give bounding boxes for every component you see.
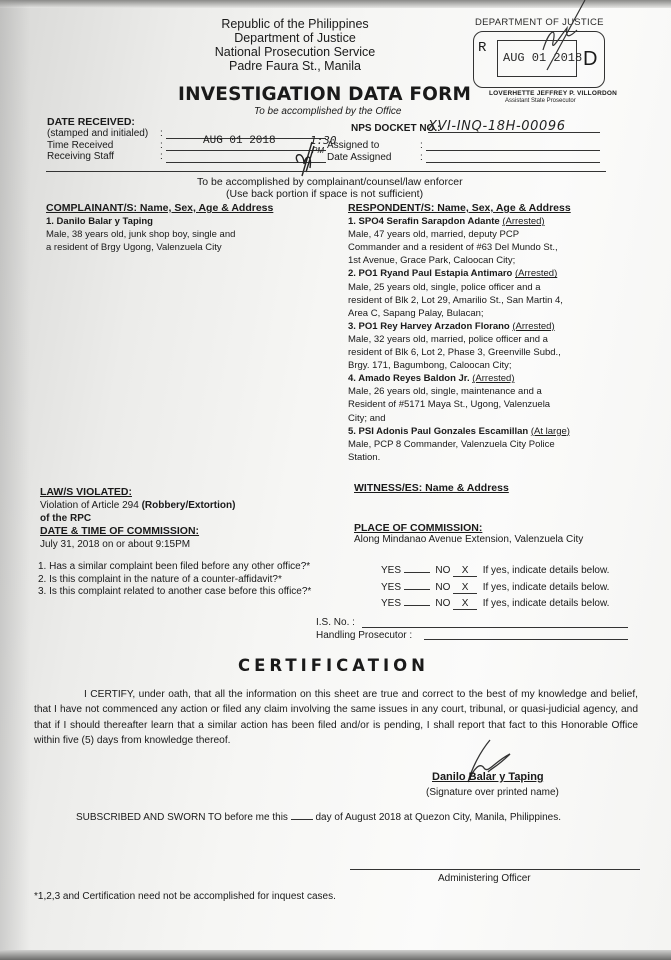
no-answer-field[interactable]: X	[453, 598, 477, 610]
yes-label: YES	[381, 582, 404, 593]
assignment-labels: Assigned to Date Assigned	[327, 140, 392, 163]
complainant-note: To be accomplished by complainant/counse…	[197, 176, 463, 188]
respondent-detail: Commander and a resident of #63 Del Mund…	[348, 241, 648, 254]
stamped-initialed-label: (stamped and initialed)	[47, 128, 148, 140]
yes-answer-field[interactable]	[404, 594, 430, 606]
no-label: NO	[430, 598, 453, 609]
assigned-to-label: Assigned to	[327, 140, 392, 152]
is-no-label: I.S. No. :	[316, 617, 355, 628]
handling-prosecutor-field[interactable]	[424, 629, 628, 640]
page-shadow	[0, 0, 30, 960]
respondent-status: (Arrested)	[515, 268, 557, 279]
letterhead-line: Republic of the Philippines	[200, 17, 390, 31]
yes-no-row: YES NO X If yes, indicate details below.	[381, 578, 609, 595]
assigned-to-field[interactable]	[426, 140, 600, 151]
law-offense: (Robbery/Extortion)	[142, 500, 236, 511]
page-bottom-edge	[0, 950, 671, 960]
law-violated-text: Violation of Article 294 (Robbery/Extort…	[40, 499, 340, 512]
complainant-detail: Male, 38 years old, junk shop boy, singl…	[46, 228, 336, 241]
law-violated-suffix: of the RPC	[40, 512, 340, 525]
date-assigned-label: Date Assigned	[327, 152, 392, 164]
sworn-suffix: day of August 2018 at Quezon City, Manil…	[315, 812, 561, 823]
time-received-stamp-value: AUG 01 2018	[203, 135, 276, 147]
place-of-commission-section: PLACE OF COMMISSION: Along Mindanao Aven…	[354, 522, 654, 545]
stamp-position: Assistant State Prosecutor	[505, 98, 576, 104]
respondent-name: 4. Amado Reyes Baldon Jr. (Arrested)	[348, 372, 648, 385]
questions-list: 1. Has a similar complaint been filed be…	[38, 561, 311, 599]
question-3: 3. Is this complaint related to another …	[38, 586, 311, 599]
answer-note: If yes, indicate details below.	[477, 582, 609, 593]
respondent-detail: Brgy. 171, Bagumbong, Caloocan City;	[348, 359, 648, 372]
complainants-heading: COMPLAINANT/S: Name, Sex, Age & Address	[46, 202, 336, 215]
respondent-detail: Resident of #5171 Maya St., Ugong, Valen…	[348, 398, 648, 411]
respondent-detail: Male, 47 years old, married, deputy PCP	[348, 228, 648, 241]
respondent-detail: Area C, Sapang Palay, Bulacan;	[348, 307, 648, 320]
administering-officer-signature-line[interactable]	[350, 869, 640, 870]
sworn-prefix: SUBSCRIBED AND SWORN TO before me this	[76, 812, 288, 823]
letterhead-line: National Prosecution Service	[200, 45, 390, 59]
respondents-list: 1. SPO4 Serafin Sarapdon Adante (Arreste…	[348, 215, 648, 464]
assign-colons: ::	[420, 140, 423, 163]
law-violated-heading: LAW/S VIOLATED:	[40, 486, 340, 499]
is-no-field[interactable]	[362, 617, 628, 628]
letterhead-line: Padre Faura St., Manila	[200, 59, 390, 73]
respondent-detail: City; and	[348, 412, 648, 425]
colons: :::	[160, 128, 163, 163]
witnesses-heading: WITNESS/ES: Name & Address	[354, 482, 509, 494]
date-commission-heading: DATE & TIME OF COMMISSION:	[40, 525, 340, 538]
no-answer-field[interactable]: X	[453, 582, 477, 594]
answer-note: If yes, indicate details below.	[477, 565, 609, 576]
yes-label: YES	[381, 598, 404, 609]
yes-answer-field[interactable]	[404, 578, 430, 590]
yes-no-row: YES NO X If yes, indicate details below.	[381, 561, 609, 578]
docket-field-line	[428, 122, 600, 133]
yes-no-row: YES NO X If yes, indicate details below.	[381, 594, 609, 611]
law-violated-section: LAW/S VIOLATED: Violation of Article 294…	[40, 486, 340, 551]
stamp-officer: LOVERHETTE JEFFREY P. VILLORDON	[489, 90, 617, 97]
answer-note: If yes, indicate details below.	[477, 598, 609, 609]
office-rows-labels: (stamped and initialed) Time Received Re…	[47, 128, 148, 163]
respondent-status: (Arrested)	[502, 216, 544, 227]
respondent-detail: resident of Blk 6, Lot 2, Phase 3, Green…	[348, 346, 648, 359]
respondent-detail: 1st Avenue, Grace Park, Caloocan City;	[348, 254, 648, 267]
handling-prosecutor-label: Handling Prosecutor :	[316, 630, 412, 641]
date-assigned-field[interactable]	[426, 152, 600, 163]
respondent-name: 3. PO1 Rey Harvey Arzadon Florano (Arres…	[348, 320, 648, 333]
respondent-name: 2. PO1 Ryand Paul Estapia Antimaro (Arre…	[348, 267, 648, 280]
received-stamp: DEPARTMENT OF JUSTICE R D AUG 01 2018 LO…	[447, 14, 627, 102]
letterhead-line: Department of Justice	[200, 31, 390, 45]
certification-title: CERTIFICATION	[238, 656, 429, 675]
form-title: INVESTIGATION DATA FORM	[178, 84, 471, 105]
letterhead: Republic of the Philippines Department o…	[200, 17, 390, 73]
section-divider	[46, 171, 606, 172]
initials-signature-icon	[507, 0, 587, 85]
no-label: NO	[430, 565, 453, 576]
back-portion-note: (Use back portion if space is not suffic…	[226, 188, 423, 200]
respondent-status: (At large)	[531, 426, 570, 437]
signer-caption: (Signature over printed name)	[426, 787, 559, 798]
handling-prosecutor-row: Handling Prosecutor :	[316, 630, 412, 643]
place-commission-heading: PLACE OF COMMISSION:	[354, 522, 654, 534]
respondents-section: RESPONDENT/S: Name, Sex, Age & Address 1…	[348, 202, 648, 464]
law-text: Violation of Article 294	[40, 500, 139, 511]
sworn-statement: SUBSCRIBED AND SWORN TO before me this d…	[76, 812, 561, 823]
respondent-detail: Male, 25 years old, single, police offic…	[348, 281, 648, 294]
respondent-status: (Arrested)	[512, 321, 554, 332]
respondent-detail: resident of Blk 2, Lot 29, Amarilio St.,…	[348, 294, 648, 307]
date-commission-value: July 31, 2018 on or about 9:15PM	[40, 538, 340, 551]
respondent-detail: Station.	[348, 451, 648, 464]
staff-initial-signature-icon	[290, 140, 330, 180]
footnote: *1,2,3 and Certification need not be acc…	[34, 891, 336, 902]
yes-label: YES	[381, 565, 404, 576]
sworn-day-field[interactable]	[291, 819, 313, 820]
complainant-detail: a resident of Brgy Ugong, Valenzuela Cit…	[46, 241, 336, 254]
administering-officer-label: Administering Officer	[438, 873, 531, 884]
date-received-label: DATE RECEIVED:	[47, 116, 135, 128]
respondent-name: 1. SPO4 Serafin Sarapdon Adante (Arreste…	[348, 215, 648, 228]
certification-body: I CERTIFY, under oath, that all the info…	[34, 687, 638, 748]
place-commission-value: Along Mindanao Avenue Extension, Valenzu…	[354, 534, 654, 545]
yes-answer-field[interactable]	[404, 561, 430, 573]
time-received-label: Time Received	[47, 140, 148, 152]
respondents-heading: RESPONDENT/S: Name, Sex, Age & Address	[348, 202, 648, 215]
respondent-detail: Male, 32 years old, married, police offi…	[348, 333, 648, 346]
complainants-section: COMPLAINANT/S: Name, Sex, Age & Address …	[46, 202, 336, 254]
complainant-name: 1. Danilo Balar y Taping	[46, 215, 336, 228]
respondent-status: (Arrested)	[472, 373, 514, 384]
yes-no-answers: YES NO X If yes, indicate details below.…	[381, 561, 609, 611]
no-answer-field[interactable]: X	[453, 565, 477, 577]
no-label: NO	[430, 582, 453, 593]
respondent-detail: Male, PCP 8 Commander, Valenzuela City P…	[348, 438, 648, 451]
stamp-letter-r: R	[478, 40, 486, 56]
respondent-detail: Male, 26 years old, single, maintenance …	[348, 385, 648, 398]
signer-name: Danilo Balar y Taping	[432, 771, 544, 783]
question-1: 1. Has a similar complaint been filed be…	[38, 561, 311, 574]
receiving-staff-label: Receiving Staff	[47, 151, 148, 163]
respondent-name: 5. PSI Adonis Paul Gonzales Escamillan (…	[348, 425, 648, 438]
question-2: 2. Is this complaint in the nature of a …	[38, 574, 311, 587]
office-note: To be accomplished by the Office	[254, 106, 402, 117]
